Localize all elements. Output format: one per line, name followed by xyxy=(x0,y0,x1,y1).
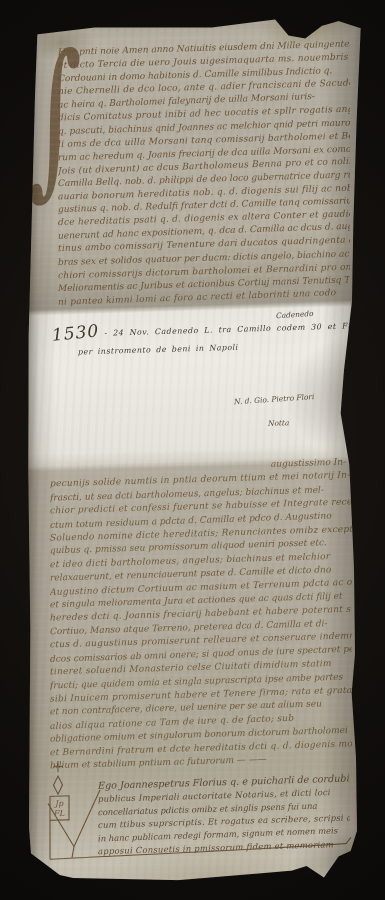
upper-text-block: Hoc pnti noie Amen anno Natiuitis eiusde… xyxy=(58,38,350,313)
archivist-signature: N. d. Gio. Pietro Flori xyxy=(234,392,315,406)
archival-date-note: 1530 - 24 Nov. Cadenedo L. tra Camillo c… xyxy=(52,313,354,344)
notary-cross-icon xyxy=(53,761,63,772)
initial-flourish-icon: ∫ xyxy=(28,33,54,278)
archivist-signature-title: Notta xyxy=(268,418,289,428)
notary-letters-top: Jp xyxy=(53,799,63,808)
archival-subject-line: per instromento de beni in Napoli xyxy=(78,343,239,357)
notary-flask-shape xyxy=(54,776,63,794)
archival-date-line: - 24 Nov. Cadenedo L. tra Camillo codem … xyxy=(104,319,354,338)
attestation-block: Ego Joannespetrus Florius q. e puicharli… xyxy=(98,772,350,857)
archival-year: 1530 xyxy=(52,321,100,344)
photo-stage: ∫ Hoc pnti noie Amen anno Natiuitis eius… xyxy=(0,0,385,900)
manuscript-page: ∫ Hoc pnti noie Amen anno Natiuitis eius… xyxy=(28,16,362,888)
lower-text-block: augustissimo In-pecunijs solide numtis i… xyxy=(50,456,352,775)
notary-letters-bottom: FL xyxy=(53,809,65,818)
